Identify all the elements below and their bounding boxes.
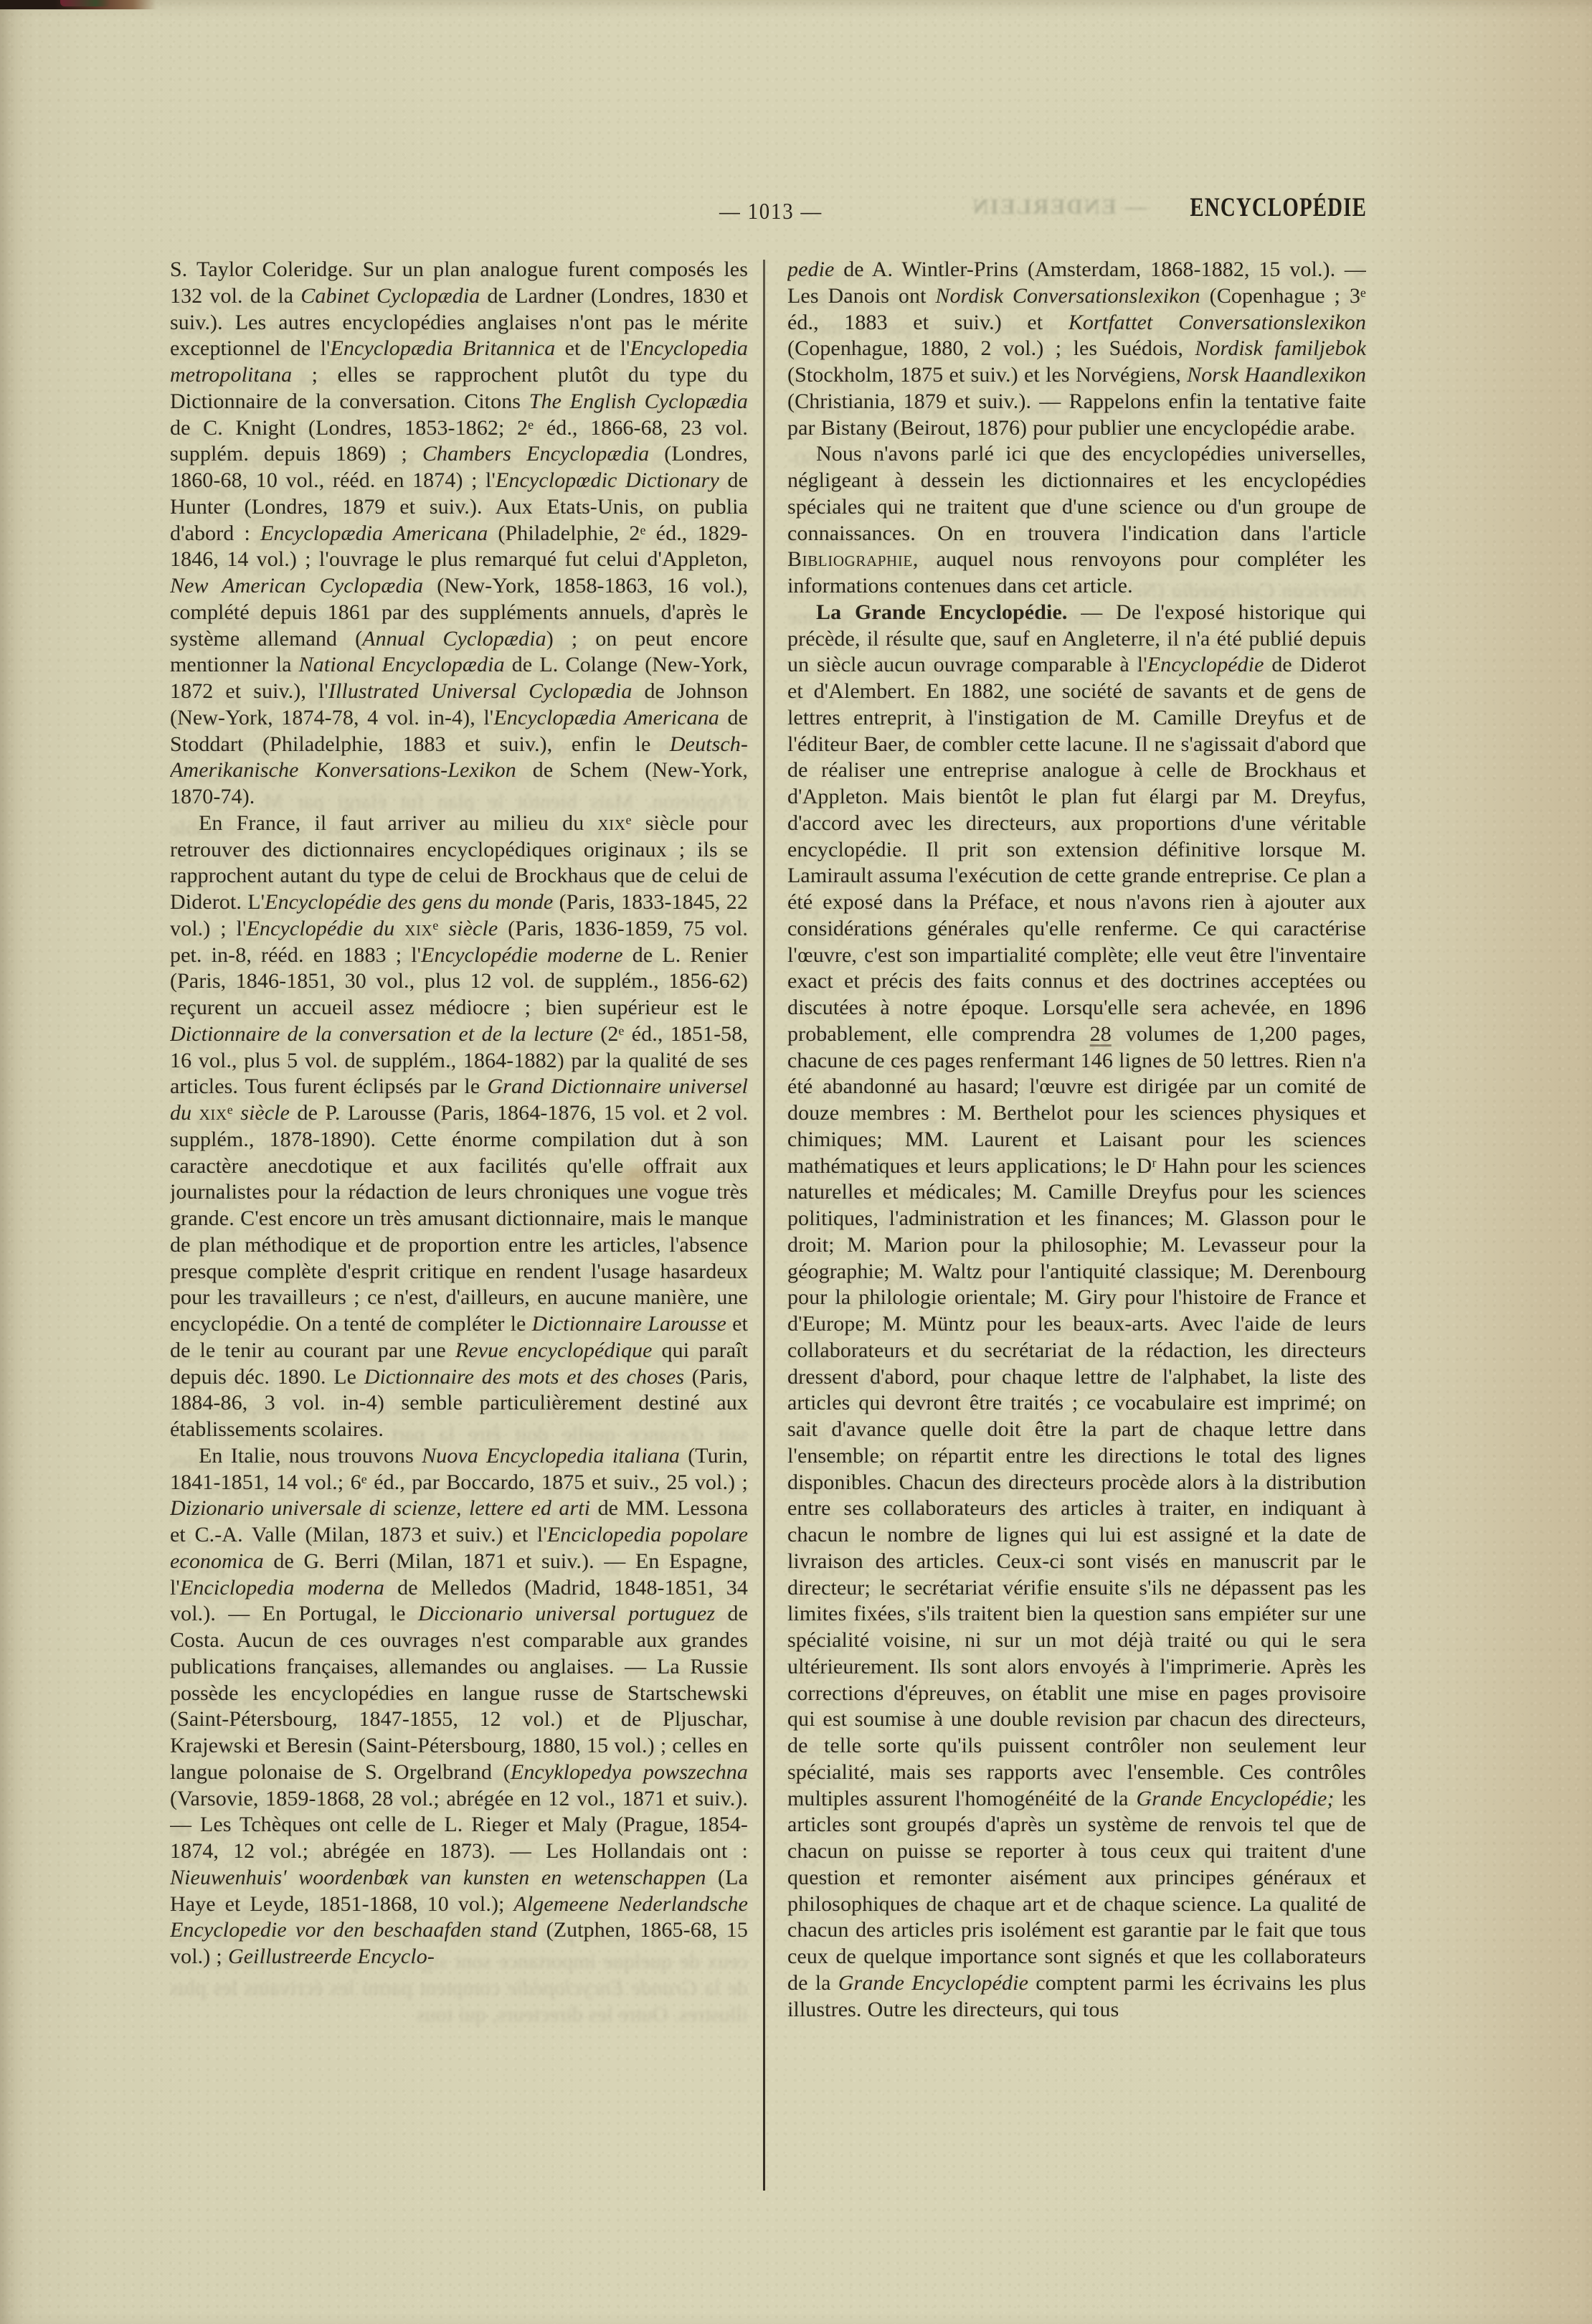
page-number: — 1013 — (645, 198, 897, 225)
text-run: Encyclopédie des gens du monde (265, 890, 553, 914)
paragraph: pedie de A. Wintler-Prins (Amsterdam, 18… (787, 257, 1366, 441)
text-run: e (1360, 285, 1366, 300)
text-run: (2 (593, 1022, 618, 1046)
text-run: de Diderot et d'Alembert. En 1882, une s… (787, 653, 1366, 1046)
text-run: xix (404, 917, 432, 940)
text-run: pedie (787, 258, 834, 281)
text-run: Encyclopédie du (247, 917, 395, 940)
text-run: Dictionnaire de la conversation et de la… (170, 1022, 593, 1046)
text-run: Encyklopedya powszechna (511, 1760, 748, 1784)
text-run: Diccionario universal portuguez (418, 1602, 715, 1625)
text-run: les articles sont groupés d'après un sys… (787, 1787, 1366, 1995)
text-run: Encyclopédie moderne (421, 943, 623, 967)
text-run: Grande Encyclopédie (838, 1971, 1028, 1995)
text-run: e (640, 522, 645, 537)
text-run: Nordisk familjebok (1195, 336, 1366, 360)
right-column: S. Taylor Coleridge. Sur un plan analogu… (787, 257, 1366, 2193)
text-run: Chambers Encyclopædia (422, 442, 649, 466)
text-run: Dizionario universale di scienze, letter… (170, 1496, 590, 1520)
text-run: La Grande Encyclopédie. (816, 600, 1067, 624)
text-run: Encyclopædia Americana (493, 706, 719, 729)
text-run: En France, il faut arriver au milieu du (199, 811, 597, 835)
text-run: e (227, 1102, 233, 1117)
text-run: et de l' (555, 336, 630, 360)
text-run: (Stockholm, 1875 et suiv.) et les Norvég… (787, 363, 1187, 387)
left-column-text: S. Taylor Coleridge. Sur un plan analogu… (170, 257, 748, 1970)
running-title: ENCYCLOPÉDIE (1139, 192, 1367, 223)
right-column-text: pedie de A. Wintler-Prins (Amsterdam, 18… (787, 257, 1366, 2023)
text-run (233, 1101, 240, 1125)
text-run: (Copenhague ; 3 (1200, 284, 1360, 308)
text-run (439, 917, 449, 940)
text-run: Nordisk Conversationslexikon (935, 284, 1200, 308)
text-run: Cabinet Cyclopædia (300, 284, 480, 308)
paragraph: La Grande Encyclopédie. — De l'exposé hi… (787, 600, 1366, 2023)
paper-stain (615, 1161, 661, 1202)
text-run: éd., 1883 et suiv.) et (787, 311, 1069, 334)
text-run: Hahn pour les sciences naturelles et méd… (787, 1154, 1366, 1810)
text-run: Dictionnaire des mots et des choses (364, 1365, 685, 1389)
paragraph: En Italie, nous trouvons Nuova Encyclope… (170, 1443, 748, 1970)
text-run: e (432, 918, 438, 932)
bleedthrough-running-title: — ENDERLEIN (948, 194, 1170, 219)
scan-edge-fleck (60, 0, 110, 6)
text-run: siècle (448, 917, 498, 940)
text-run: (Varsovie, 1859-1868, 28 vol.; abrégée e… (170, 1787, 748, 1864)
text-run: e (618, 1024, 624, 1038)
text-run: National Encyclopædia (299, 653, 505, 676)
left-column: pedie de A. Wintler-Prins (Amsterdam, 18… (170, 257, 748, 2193)
text-run: Encyclopédie (1147, 653, 1264, 676)
text-run: de C. Knight (Londres, 1853-1862; 2 (170, 416, 528, 440)
text-run: xix (597, 811, 625, 835)
text-run: The English Cyclopædia (529, 389, 748, 413)
text-run: (Copenhague, 1880, 2 vol.) ; les Suédois… (787, 336, 1195, 360)
text-run: éd., par Boccardo, 1875 et suiv., 25 vol… (367, 1470, 748, 1494)
text-run: e (626, 813, 632, 827)
text-run: Nous n'avons parlé ici que des encyclopé… (787, 442, 1366, 544)
text-run: Encyclopædia Britannica (331, 336, 556, 360)
text-run: Kortfattet Conversationslexikon (1069, 311, 1366, 334)
text-run: xix (199, 1101, 227, 1125)
text-run: Dictionnaire Larousse (532, 1312, 726, 1336)
text-run: Encyclopœdic Dictionary (496, 468, 719, 492)
text-run: New American Cyclopædia (170, 574, 423, 597)
text-run: Encyclopædia Americana (260, 521, 488, 545)
text-run: Revue encyclopédique (455, 1338, 653, 1362)
text-run: de P. Larousse (Paris, 1864-1876, 15 vol… (170, 1101, 748, 1336)
text-run: siècle (240, 1101, 290, 1125)
text-run: En Italie, nous trouvons (199, 1444, 422, 1468)
text-run: Grande Encyclopédie; (1136, 1787, 1334, 1810)
text-run: Enciclopedia moderna (180, 1576, 384, 1600)
text-run: Illustrated Universal Cyclopædia (328, 679, 632, 703)
text-run: Norsk Haandlexikon (1187, 363, 1366, 387)
text-run: 28 (1090, 1022, 1112, 1046)
text-run: (Philadelphie, 2 (488, 521, 640, 545)
text-run: Annual Cyclopædia (362, 627, 546, 651)
paragraph: En France, il faut arriver au milieu du … (170, 811, 748, 1443)
text-run: Bibliographie (787, 547, 913, 571)
text-run: Nieuwenhuis' woordenbœk van kunsten en w… (170, 1866, 706, 1889)
paragraph: Nous n'avons parlé ici que des encyclopé… (787, 441, 1366, 600)
paragraph: S. Taylor Coleridge. Sur un plan analogu… (170, 257, 748, 811)
text-run: e (361, 1471, 367, 1485)
text-run: de Costa. Aucun de ces ouvrages n'est co… (170, 1602, 748, 1784)
text-run: Nuova Encyclopedia italiana (422, 1444, 680, 1468)
text-run (394, 917, 404, 940)
text-run: (Christiania, 1879 et suiv.). — Rappelon… (787, 389, 1366, 440)
text-run: Grande Encyclopédie (507, 1976, 697, 2000)
text-run: Geillustreerde Encyclo- (228, 1945, 435, 1968)
column-divider-rule (763, 260, 765, 2191)
scanned-book-page: — ENDERLEIN — 1013 — ENCYCLOPÉDIE pedie … (0, 0, 1592, 2324)
